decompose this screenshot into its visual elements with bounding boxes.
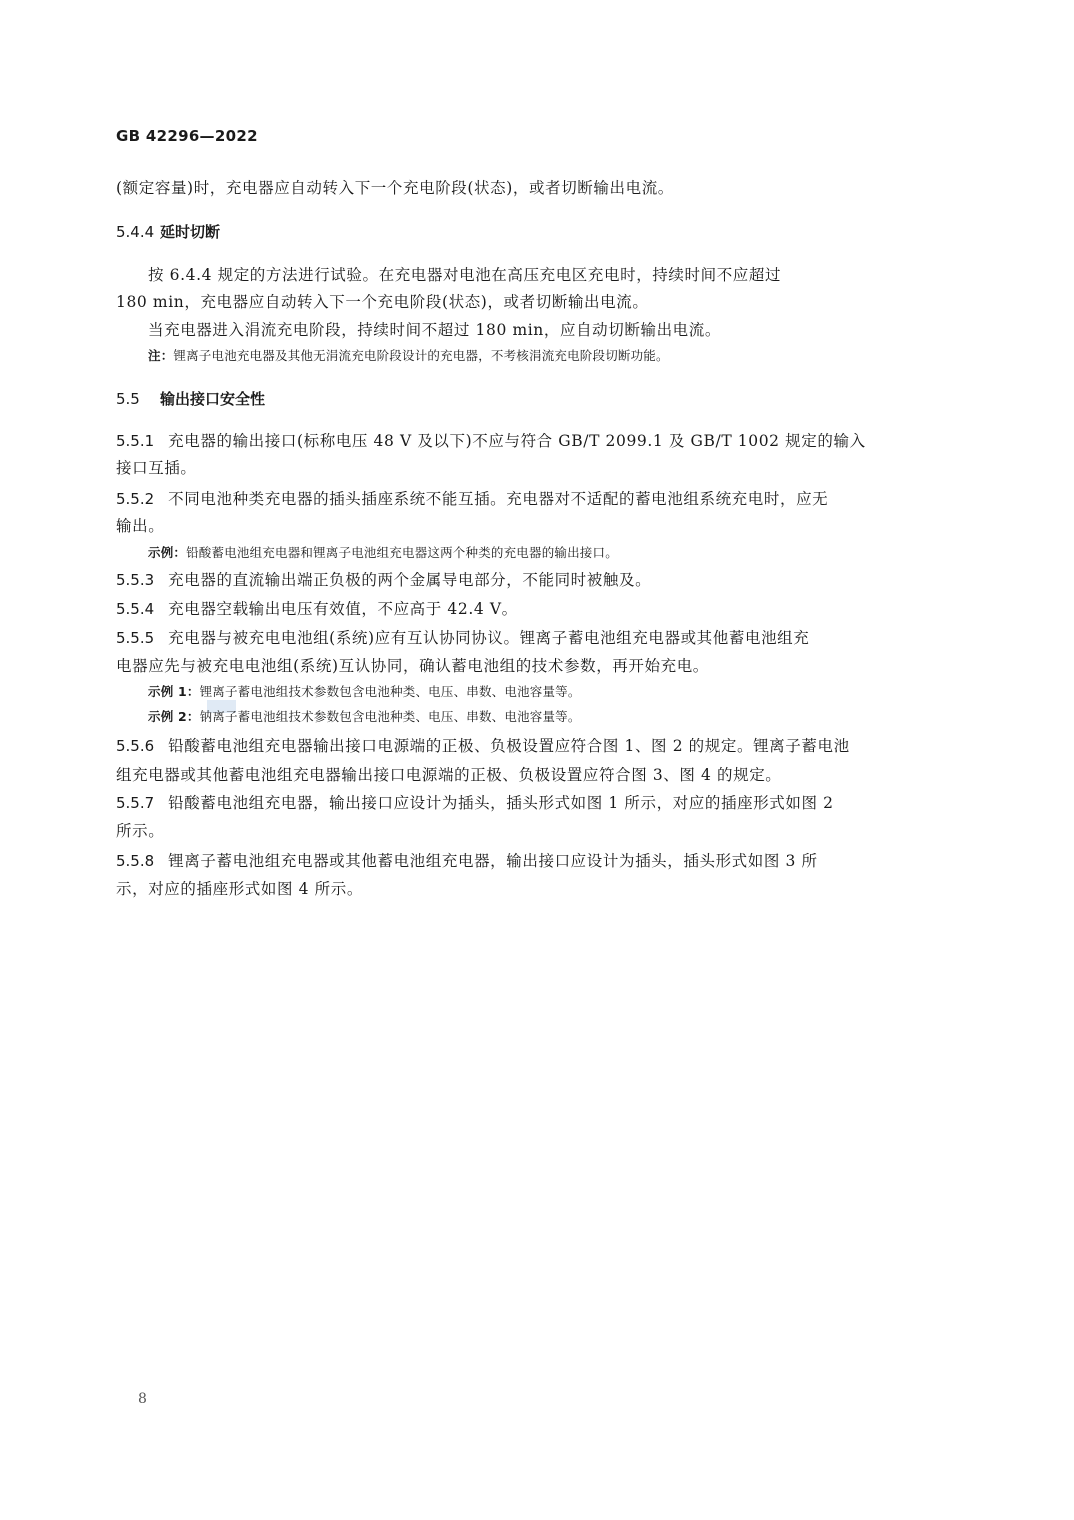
clause-5-5-3: 5.5.3充电器的直流输出端正负极的两个金属导电部分，不能同时被触及。 (116, 570, 948, 590)
clause-5-5-5-line2: 电器应先与被充电电池组(系统)互认协同，确认蓄电池组的技术参数，再开始充电。 (116, 656, 948, 676)
paragraph-5-4-4-trickle: 当充电器进入涓流充电阶段，持续时间不超过 180 min，应自动切断输出电流。 (148, 320, 980, 340)
document-page: GB 42296—2022 (额定容量)时，充电器应自动转入下一个充电阶段(状态… (0, 0, 1074, 1520)
clause-5-5-8-line1: 5.5.8锂离子蓄电池组充电器或其他蓄电池组充电器，输出接口应设计为插头，插头形… (116, 851, 948, 871)
clause-5-5-6-line1: 5.5.6铅酸蓄电池组充电器输出接口电源端的正极、负极设置应符合图 1、图 2 … (116, 736, 948, 756)
clause-5-5-8-line2: 示，对应的插座形式如图 4 所示。 (116, 879, 948, 899)
example-text: 铅酸蓄电池组充电器和锂离子电池组充电器这两个种类的充电器的输出接口。 (186, 545, 618, 560)
clause-number: 5.5.4 (116, 600, 154, 618)
clause-text: 充电器与被充电电池组(系统)应有互认协同协议。锂离子蓄电池组充电器或其他蓄电池组… (168, 629, 809, 647)
example-label: 示例 1： (148, 684, 200, 699)
example-5-5-2: 示例：铅酸蓄电池组充电器和锂离子电池组充电器这两个种类的充电器的输出接口。 (148, 544, 618, 562)
clause-5-5-2-line2: 输出。 (116, 516, 948, 536)
section-number: 5.5 (116, 389, 160, 409)
standard-code-header: GB 42296—2022 (116, 127, 258, 145)
section-number: 5.4.4 (116, 222, 160, 242)
clause-5-5-6-line2: 组充电器或其他蓄电池组充电器输出接口电源端的正极、负极设置应符合图 3、图 4 … (116, 765, 948, 785)
continuation-line: (额定容量)时，充电器应自动转入下一个充电阶段(状态)，或者切断输出电流。 (116, 178, 948, 198)
example-text: 钠离子蓄电池组技术参数包含电池种类、电压、串数、电池容量等。 (200, 709, 581, 724)
example-1-5-5-5: 示例 1：锂离子蓄电池组技术参数包含电池种类、电压、串数、电池容量等。 (148, 683, 581, 701)
example-label: 示例 2： (148, 709, 200, 724)
section-title: 延时切断 (160, 223, 220, 241)
clause-number: 5.5.2 (116, 490, 154, 508)
clause-5-5-2-line1: 5.5.2不同电池种类充电器的插头插座系统不能互插。充电器对不适配的蓄电池组系统… (116, 489, 948, 509)
clause-number: 5.5.7 (116, 794, 154, 812)
page-number: 8 (138, 1391, 147, 1407)
clause-text: 充电器的直流输出端正负极的两个金属导电部分，不能同时被触及。 (168, 571, 651, 589)
example-text: 锂离子蓄电池组技术参数包含电池种类、电压、串数、电池容量等。 (200, 684, 581, 699)
clause-5-5-7-line2: 所示。 (116, 821, 948, 841)
clause-text: 不同电池种类充电器的插头插座系统不能互插。充电器对不适配的蓄电池组系统充电时，应… (168, 490, 828, 508)
clause-5-5-4: 5.5.4充电器空载输出电压有效值，不应高于 42.4 V。 (116, 599, 948, 619)
note-label: 注： (148, 348, 173, 363)
clause-text: 锂离子蓄电池组充电器或其他蓄电池组充电器，输出接口应设计为插头，插头形式如图 3… (168, 852, 817, 870)
note-text: 锂离子电池充电器及其他无涓流充电阶段设计的充电器，不考核涓流充电阶段切断功能。 (173, 348, 668, 363)
section-heading-5-5: 5.5输出接口安全性 (116, 389, 265, 409)
clause-text: 充电器空载输出电压有效值，不应高于 42.4 V。 (168, 600, 518, 618)
clause-number: 5.5.3 (116, 571, 154, 589)
clause-text: 铅酸蓄电池组充电器，输出接口应设计为插头，插头形式如图 1 所示，对应的插座形式… (168, 794, 833, 812)
clause-number: 5.5.8 (116, 852, 154, 870)
clause-number: 5.5.6 (116, 737, 154, 755)
paragraph-5-4-4-line1: 按 6.4.4 规定的方法进行试验。在充电器对电池在高压充电区充电时，持续时间不… (148, 265, 948, 285)
example-label: 示例： (148, 545, 186, 560)
paragraph-5-4-4-line2: 180 min，充电器应自动转入下一个充电阶段(状态)，或者切断输出电流。 (116, 292, 948, 312)
clause-5-5-1-line1: 5.5.1充电器的输出接口(标称电压 48 V 及以下)不应与符合 GB/T 2… (116, 431, 948, 451)
note-5-4-4: 注：锂离子电池充电器及其他无涓流充电阶段设计的充电器，不考核涓流充电阶段切断功能… (148, 347, 669, 365)
clause-5-5-5-line1: 5.5.5充电器与被充电电池组(系统)应有互认协同协议。锂离子蓄电池组充电器或其… (116, 628, 948, 648)
clause-number: 5.5.1 (116, 432, 154, 450)
clause-5-5-7-line1: 5.5.7铅酸蓄电池组充电器，输出接口应设计为插头，插头形式如图 1 所示，对应… (116, 793, 948, 813)
example-2-5-5-5: 示例 2：钠离子蓄电池组技术参数包含电池种类、电压、串数、电池容量等。 (148, 708, 581, 726)
clause-5-5-1-line2: 接口互插。 (116, 458, 948, 478)
section-heading-5-4-4: 5.4.4延时切断 (116, 222, 220, 242)
clause-number: 5.5.5 (116, 629, 154, 647)
section-title: 输出接口安全性 (160, 390, 265, 408)
clause-text: 铅酸蓄电池组充电器输出接口电源端的正极、负极设置应符合图 1、图 2 的规定。锂… (168, 737, 850, 755)
clause-text: 充电器的输出接口(标称电压 48 V 及以下)不应与符合 GB/T 2099.1… (168, 432, 866, 450)
